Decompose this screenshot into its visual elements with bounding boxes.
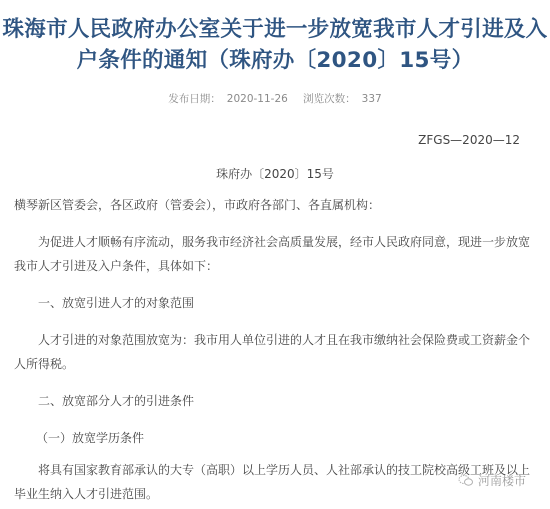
section-heading-1: 一、放宽引进人才的对象范围 (14, 291, 536, 315)
article-title: 珠海市人民政府办公室关于进一步放宽我市人才引进及入户条件的通知（珠府办〔2020… (0, 14, 550, 76)
document-code: ZFGS—2020—12 (418, 133, 520, 147)
view-count-label: 浏览次数： (303, 93, 356, 105)
subsection-heading-1: （一）放宽学历条件 (36, 426, 550, 450)
publish-date-label: 发布日期： (168, 93, 221, 105)
view-count: 浏览次数：337 (300, 93, 385, 105)
publish-date-value: 2020-11-26 (227, 93, 288, 105)
paragraph-scope: 人才引进的对象范围放宽为：我市用人单位引进的人才且在我市缴纳社会保险费或工资薪金… (14, 328, 536, 376)
publish-date: 发布日期：2020-11-26 (165, 93, 291, 105)
paragraph-intro: 为促进人才顺畅有序流动，服务我市经济社会高质量发展，经市人民政府同意，现进一步放… (14, 230, 536, 278)
view-count-value: 337 (362, 93, 382, 105)
wechat-icon (458, 474, 474, 487)
salutation: 横琴新区管委会，各区政府（管委会），市政府各部门、各直属机构： (14, 193, 536, 217)
article-meta: 发布日期：2020-11-26 浏览次数：337 (0, 91, 550, 106)
watermark: 河南楼市 (458, 472, 526, 489)
watermark-text: 河南楼市 (478, 472, 526, 489)
section-heading-2: 二、放宽部分人才的引进条件 (14, 389, 536, 413)
document-number: 珠府办〔2020〕15号 (0, 165, 550, 182)
